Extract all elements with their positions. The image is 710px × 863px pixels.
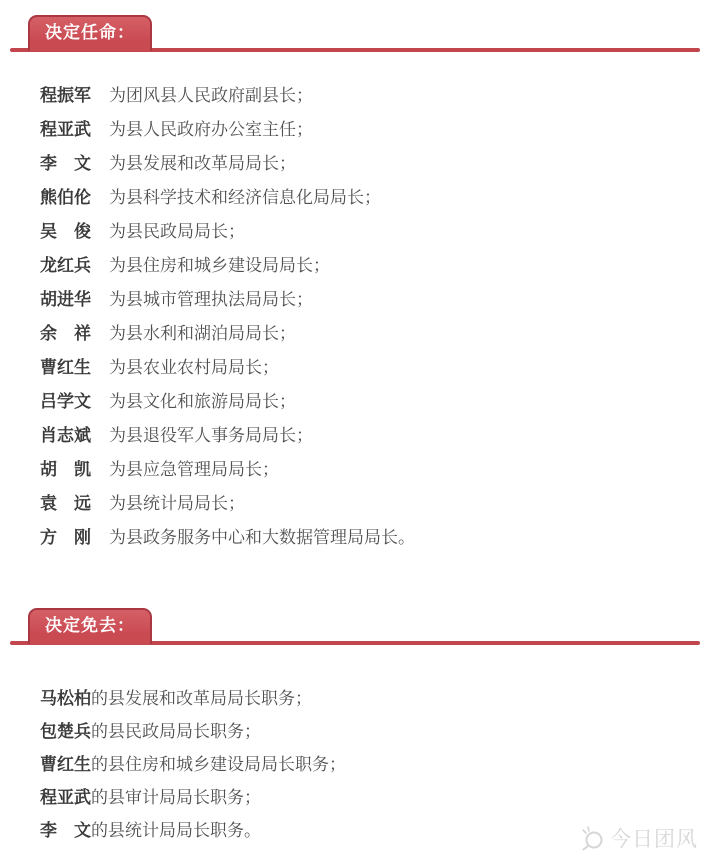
person-name: 李 文 xyxy=(40,821,91,840)
appointment-item: 程振军为团风县人民政府副县长； xyxy=(40,79,710,113)
remove-tab: 决定免去： xyxy=(28,608,152,644)
person-name: 程亚武 xyxy=(40,788,91,807)
position-text: 的县统计局局长职务。 xyxy=(91,821,261,840)
appointment-item: 李 文为县发展和改革局局长； xyxy=(40,147,710,181)
person-name: 方 刚 xyxy=(40,528,91,547)
person-name: 程亚武 xyxy=(40,120,91,139)
person-name: 袁 远 xyxy=(40,494,91,513)
remove-header: 决定免去： xyxy=(10,608,700,645)
position-text: 为县退役军人事务局局长； xyxy=(109,426,313,445)
appointment-item: 袁 远为县统计局局长； xyxy=(40,487,710,521)
position-text: 为县政务服务中心和大数据管理局局长。 xyxy=(109,528,415,547)
person-name: 程振军 xyxy=(40,86,91,105)
position-text: 为县水利和湖泊局局长； xyxy=(109,324,296,343)
appointment-item: 熊伯伦为县科学技术和经济信息化局局长； xyxy=(40,181,710,215)
person-name: 马松柏 xyxy=(40,689,91,708)
person-name: 吕学文 xyxy=(40,392,91,411)
position-text: 的县审计局局长职务； xyxy=(91,788,261,807)
person-name: 熊伯伦 xyxy=(40,188,91,207)
removal-item: 曹红生的县住房和城乡建设局局长职务； xyxy=(40,748,710,781)
appoint-tab: 决定任命： xyxy=(28,15,152,51)
article-page: 决定任命： 程振军为团风县人民政府副县长； 程亚武为县人民政府办公室主任； 李 … xyxy=(0,0,710,863)
removal-item: 马松柏的县发展和改革局局长职务； xyxy=(40,682,710,715)
person-name: 余 祥 xyxy=(40,324,91,343)
position-text: 为县发展和改革局局长； xyxy=(109,154,296,173)
position-text: 为县民政局局长； xyxy=(109,222,245,241)
position-text: 为县住房和城乡建设局局长； xyxy=(109,256,330,275)
appointment-item: 方 刚为县政务服务中心和大数据管理局局长。 xyxy=(40,521,710,555)
position-text: 为县人民政府办公室主任； xyxy=(109,120,313,139)
person-name: 曹红生 xyxy=(40,358,91,377)
position-text: 为县统计局局长； xyxy=(109,494,245,513)
person-name: 吴 俊 xyxy=(40,222,91,241)
position-text: 为县应急管理局局长； xyxy=(109,460,279,479)
position-text: 为县农业农村局局长； xyxy=(109,358,279,377)
appointment-item: 龙红兵为县住房和城乡建设局局长； xyxy=(40,249,710,283)
watermark: 今日团风 xyxy=(579,823,698,853)
appointment-item: 胡进华为县城市管理执法局局长； xyxy=(40,283,710,317)
appointment-item: 曹红生为县农业农村局局长； xyxy=(40,351,710,385)
removal-item: 包楚兵的县民政局局长职务； xyxy=(40,715,710,748)
appoint-header: 决定任命： xyxy=(10,15,700,52)
magnifier-icon xyxy=(579,824,607,852)
position-text: 为县文化和旅游局局长； xyxy=(109,392,296,411)
person-name: 肖志斌 xyxy=(40,426,91,445)
appointment-item: 程亚武为县人民政府办公室主任； xyxy=(40,113,710,147)
appoint-section: 决定任命： 程振军为团风县人民政府副县长； 程亚武为县人民政府办公室主任； 李 … xyxy=(0,15,710,555)
appointment-item: 吕学文为县文化和旅游局局长； xyxy=(40,385,710,419)
position-text: 的县民政局局长职务； xyxy=(91,722,261,741)
position-text: 为县科学技术和经济信息化局局长； xyxy=(109,188,381,207)
person-name: 包楚兵 xyxy=(40,722,91,741)
appointment-item: 胡 凯为县应急管理局局长； xyxy=(40,453,710,487)
person-name: 胡进华 xyxy=(40,290,91,309)
appointment-item: 肖志斌为县退役军人事务局局长； xyxy=(40,419,710,453)
removal-item: 程亚武的县审计局局长职务； xyxy=(40,781,710,814)
appointment-item: 吴 俊为县民政局局长； xyxy=(40,215,710,249)
position-text: 的县住房和城乡建设局局长职务； xyxy=(91,755,346,774)
person-name: 李 文 xyxy=(40,154,91,173)
watermark-text: 今日团风 xyxy=(610,823,698,853)
position-text: 的县发展和改革局局长职务； xyxy=(91,689,312,708)
position-text: 为团风县人民政府副县长； xyxy=(109,86,313,105)
person-name: 胡 凯 xyxy=(40,460,91,479)
remove-section: 决定免去： 马松柏的县发展和改革局局长职务； 包楚兵的县民政局局长职务； 曹红生… xyxy=(0,608,710,847)
person-name: 曹红生 xyxy=(40,755,91,774)
person-name: 龙红兵 xyxy=(40,256,91,275)
appoint-list: 程振军为团风县人民政府副县长； 程亚武为县人民政府办公室主任； 李 文为县发展和… xyxy=(0,79,710,555)
appointment-item: 余 祥为县水利和湖泊局局长； xyxy=(40,317,710,351)
position-text: 为县城市管理执法局局长； xyxy=(109,290,313,309)
